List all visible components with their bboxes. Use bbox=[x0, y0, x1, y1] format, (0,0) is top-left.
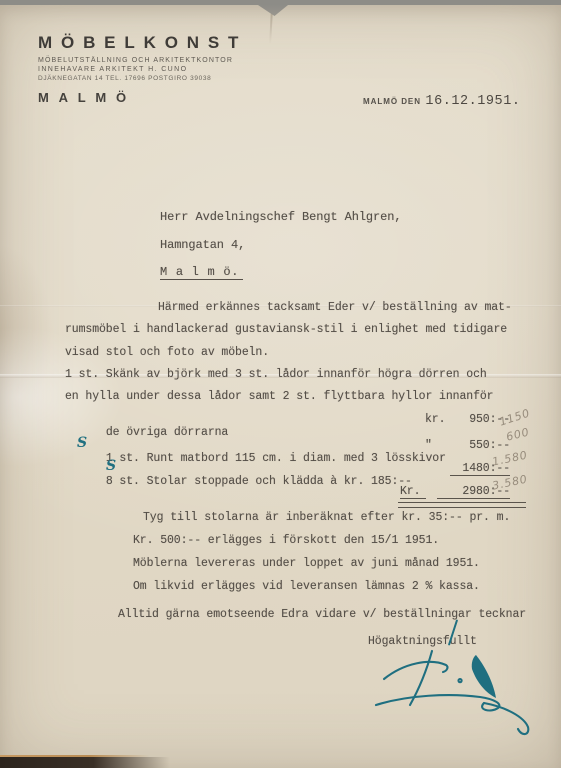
top-crease bbox=[269, 10, 273, 44]
item1-text: de övriga dörrarna bbox=[106, 426, 228, 439]
letter-paper: MÖBELKONST MÖBELUTSTÄLLNING OCH ARKITEKT… bbox=[0, 5, 561, 768]
recipient-city-text: M a l m ö. bbox=[160, 265, 243, 280]
ink-correction-s-table: S bbox=[77, 435, 87, 451]
ink-correction-s-chairs: S bbox=[106, 458, 116, 474]
item1-currency: kr. bbox=[425, 413, 445, 426]
letterhead-line1: MÖBELUTSTÄLLNING OCH ARKITEKTKONTOR bbox=[38, 57, 247, 64]
date-line: MALMÖ DEN 16.12.1951. bbox=[363, 91, 520, 109]
item2-ditto: " bbox=[425, 439, 432, 452]
letterhead-line3: DJÄKNEGATAN 14 TEL. 17696 POSTGIRO 39038 bbox=[38, 75, 247, 82]
scanned-letter-photo: MÖBELKONST MÖBELUTSTÄLLNING OCH ARKITEKT… bbox=[0, 0, 561, 768]
item1-line1: 1 st. Skänk av björk med 3 st. lådor inn… bbox=[65, 368, 521, 381]
letterhead: MÖBELKONST MÖBELUTSTÄLLNING OCH ARKITEKT… bbox=[38, 33, 247, 105]
item2-amount: 550:-- bbox=[450, 439, 510, 452]
recipient-city: M a l m ö. bbox=[160, 265, 243, 279]
recipient-street: Hamngatan 4, bbox=[160, 238, 245, 252]
date-value: 16.12.1951. bbox=[425, 94, 520, 109]
item1-line2: en hylla under dessa lådor samt 2 st. fl… bbox=[65, 390, 521, 403]
date-label: MALMÖ DEN bbox=[363, 97, 421, 106]
body-line: Härmed erkännes tacksamt Eder v/ beställ… bbox=[65, 301, 521, 314]
letterhead-line2: INNEHAVARE ARKITEKT H. CUNO bbox=[38, 66, 247, 73]
body-line: rumsmöbel i handlackerad gustaviansk-sti… bbox=[65, 323, 521, 336]
terms-line: Om likvid erlägges vid leveransen lämnas… bbox=[133, 580, 561, 593]
closing-line: Alltid gärna emotseende Edra vidare v/ b… bbox=[118, 608, 561, 621]
total-currency: Kr. bbox=[400, 485, 426, 499]
body-line: visad stol och foto av möbeln. bbox=[65, 346, 521, 359]
photo-corner-shadow bbox=[0, 757, 170, 768]
terms-line: Tyg till stolarna är inberäknat efter kr… bbox=[133, 511, 561, 524]
company-name: MÖBELKONST bbox=[38, 33, 247, 53]
total-double-rule bbox=[398, 502, 526, 508]
terms-line: Kr. 500:-- erlägges i förskott den 15/1 … bbox=[133, 534, 561, 547]
signature-flourish bbox=[372, 643, 548, 739]
terms-line: Möblerna levereras under loppet av juni … bbox=[133, 557, 561, 570]
letterhead-city: MALMÖ bbox=[38, 90, 247, 105]
recipient-name: Herr Avdelningschef Bengt Ahlgren, bbox=[160, 210, 401, 224]
